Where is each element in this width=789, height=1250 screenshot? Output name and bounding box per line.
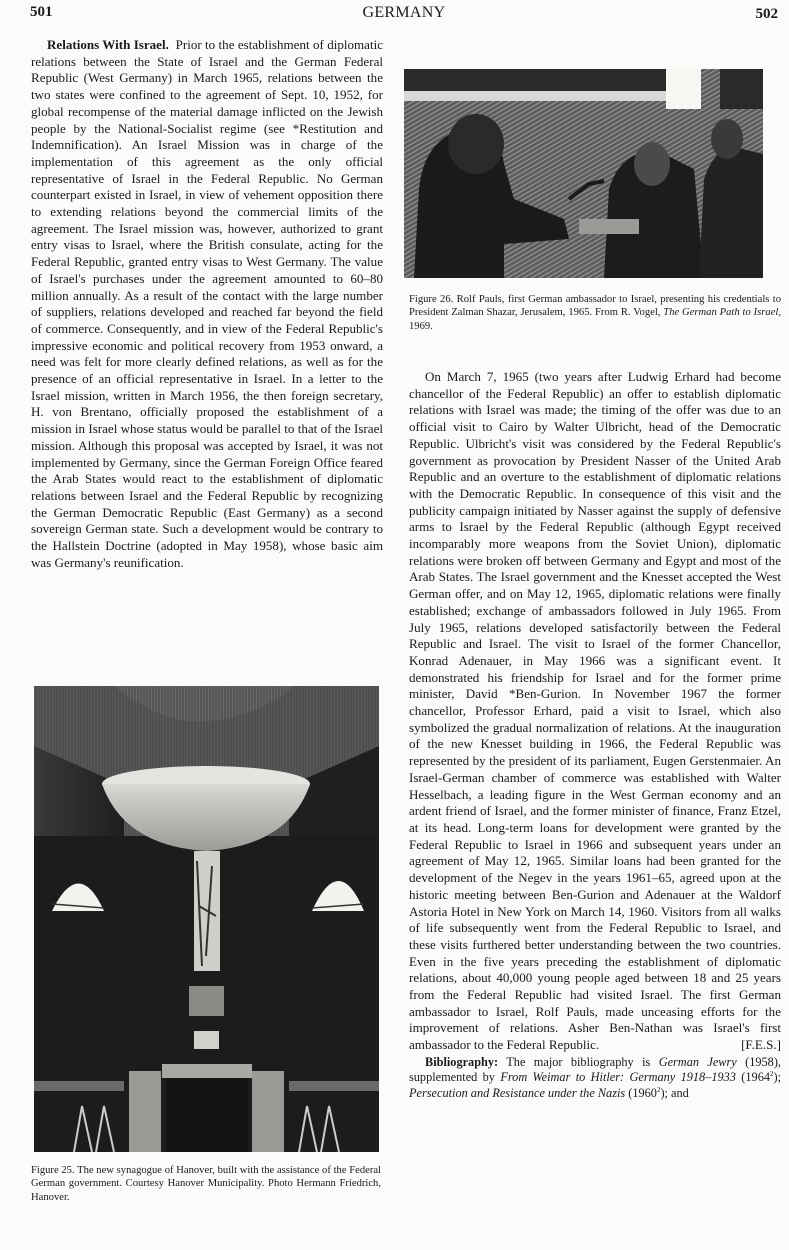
cited-book-title: The German Path to Israel, <box>663 307 781 318</box>
figure-26-credentials-photo <box>404 69 763 278</box>
synagogue-interior-image <box>34 686 379 1152</box>
author-initials: [F.E.S.] <box>725 1037 781 1054</box>
figure-26-caption: Figure 26. Rolf Pauls, first German amba… <box>409 293 781 333</box>
left-column: Relations With Israel. Prior to the esta… <box>31 37 383 572</box>
running-title: GERMANY <box>28 4 780 22</box>
running-head: 501 GERMANY 502 <box>28 4 780 26</box>
bib-text: ); <box>774 1070 782 1084</box>
bib-text: ); and <box>660 1086 688 1100</box>
figure-25-caption: Figure 25. The new synagogue of Hanover,… <box>31 1164 381 1204</box>
bib-text: (1960 <box>625 1086 657 1100</box>
figure-25-synagogue-photo <box>34 686 379 1152</box>
caption-year: 1969. <box>409 321 433 332</box>
bib-title-persecution-resistance: Persecution and Resistance under the Naz… <box>409 1086 625 1100</box>
section-heading: Relations With Israel. <box>47 37 169 52</box>
bibliography-label: Bibliography: <box>425 1055 498 1069</box>
bibliography-paragraph: Bibliography: The major bibliography is … <box>409 1055 781 1101</box>
bib-title-weimar-to-hitler: From Weimar to Hitler: Germany 1918–1933 <box>500 1070 736 1084</box>
bib-text: (1964 <box>736 1070 770 1084</box>
credentials-ceremony-image <box>404 69 763 278</box>
paragraph-text: On March 7, 1965 (two years after Ludwig… <box>409 369 781 1052</box>
diplomatic-relations-paragraph: On March 7, 1965 (two years after Ludwig… <box>409 369 781 1054</box>
page-number-right: 502 <box>756 6 779 23</box>
relations-with-israel-paragraph: Relations With Israel. Prior to the esta… <box>31 37 383 572</box>
paragraph-text: Prior to the establishment of diplomatic… <box>31 37 383 570</box>
bib-title-german-jewry: German Jewry <box>659 1055 737 1069</box>
right-column: On March 7, 1965 (two years after Ludwig… <box>409 369 781 1101</box>
bib-text: The major bibliography is <box>498 1055 659 1069</box>
